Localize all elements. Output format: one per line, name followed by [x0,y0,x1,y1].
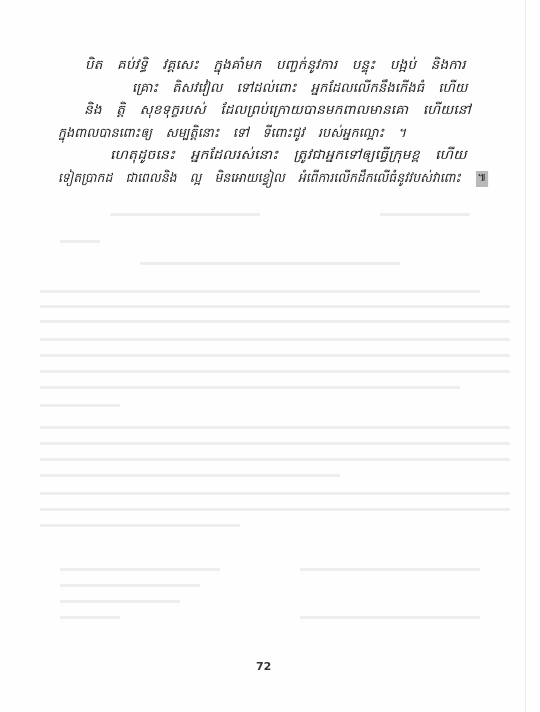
page-number: 72 [256,660,271,673]
word: ល្អ [190,170,202,189]
word: បន្ទុះ [352,57,375,76]
word: បិត [85,57,103,76]
word: ទៅដល់ពោះ [237,80,297,99]
word: ក្នុងគាំមក [213,57,261,76]
word: ក្នុងពាលបានពោះឲ្យ [58,125,152,144]
word: អំពើការលើកដឹកលើធំនូវវបស់វាពោះ [298,170,461,189]
handwritten-line-2: គ្រោះតិសវវៀលទៅដល់ពោះអ្នកដែលលើកនឹងកើងធំហើ… [132,80,482,99]
word: គប់វទ្ធិ [117,57,148,76]
word: វគ្គសេះ [162,57,199,76]
word: សុខទុក្ខរបស់ [140,102,206,121]
scanned-page: បិតគប់វទ្ធិវគ្គសេះក្នុងគាំមកបញ្ចក់នូវការ… [0,0,540,712]
word: ទៀតប្រាកដ [58,170,112,189]
word: អ្នកដែលរស់នោះ [190,147,278,166]
word: សម្បត្តិនោះ [166,125,220,144]
word: និងការ [431,57,466,76]
word: ត្រូវជាអ្នកទៅឲ្យធ្វើក្រុមខ្ព [293,147,419,166]
handwritten-line-3: និងត្តិសុខទុក្ខរបស់ដែលព្រប់ក្រោយបានមកពាល… [84,102,485,121]
word: គ្រោះ [132,80,158,99]
word: មិនអោយខ្វៀល [215,170,285,189]
word: ហើយនៅ [423,102,471,121]
word: ត្តិ [116,102,125,121]
word: ហើយ [438,80,467,99]
handwritten-line-6: ទៀតប្រាកដជាពេលនិងល្អមិនអោយខ្វៀលអំពើការលើ… [58,170,488,189]
page-edge-line [525,0,526,712]
word: ទីពោះជូវ [262,125,304,144]
word: ហេតុដូចនេះ [110,147,175,166]
end-mark-highlight: ៕ [476,171,488,187]
handwritten-line-1: បិតគប់វទ្ធិវគ្គសេះក្នុងគាំមកបញ្ចក់នូវការ… [85,57,480,76]
word: បង្អប់ [390,57,416,76]
word: អ្នកដែលលើកនឹងកើងធំ [311,80,425,99]
handwritten-line-5: ហេតុដូចនេះអ្នកដែលរស់នោះត្រូវជាអ្នកទៅឲ្យធ… [110,147,482,166]
word: របស់អ្នកល្អោះ [318,125,384,144]
word: ជាពេលនិង [126,170,177,189]
word: និង [84,102,102,121]
handwritten-line-4: ក្នុងពាលបានពោះឲ្យសម្បត្តិនោះទៅទីពោះជូវរប… [58,125,420,144]
word: តិសវវៀល [172,80,222,99]
word: ។ [398,125,406,144]
word: ទៅ [233,125,249,144]
word: ដែលព្រប់ក្រោយបានមកពាលមានគោ [220,102,408,121]
word: ហើយ [435,147,467,166]
word: បញ្ចក់នូវការ [276,57,337,76]
